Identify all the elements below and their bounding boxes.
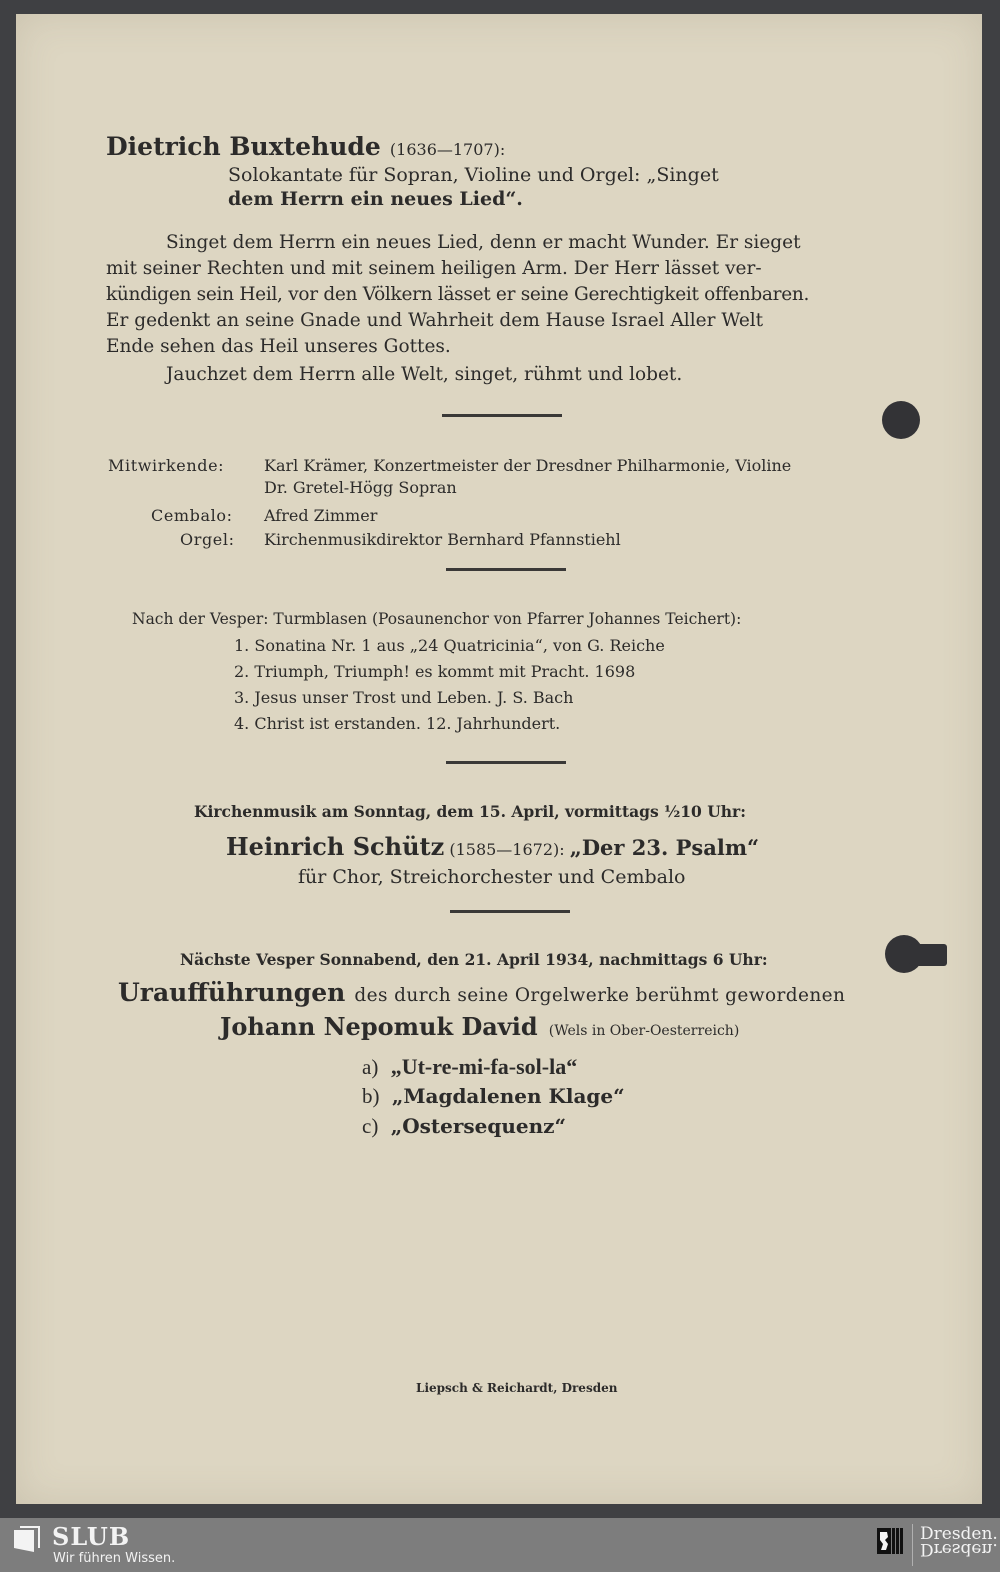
work-item: b) „Magdalenen Klage“ (362, 1084, 625, 1109)
city-name-mirror: Dresden. (920, 1542, 998, 1556)
next-vesper-heading: Nächste Vesper Sonnabend, den 21. April … (180, 950, 768, 969)
dresden-coat-of-arms-icon (877, 1528, 903, 1558)
divider (442, 414, 562, 417)
turmblasen-heading: Nach der Vesper: Turmblasen (Posaunencho… (132, 610, 741, 628)
work-letter: a) (362, 1055, 378, 1079)
scanned-page: Dietrich Buxtehude (1636—1707): Solokant… (16, 14, 982, 1504)
punch-hole (882, 401, 920, 439)
divider (450, 910, 570, 913)
buxtehude-heading: Dietrich Buxtehude (1636—1707): (106, 132, 505, 161)
text-line: kündigen sein Heil, vor den Völkern läss… (106, 284, 809, 305)
city-logo[interactable]: Dresden. Dresden. (920, 1526, 998, 1556)
composer-dates: (1636—1707): (390, 140, 505, 159)
library-name[interactable]: SLUB (52, 1522, 130, 1551)
mitwirkende-line2: Dr. Gretel-Högg Sopran (264, 478, 457, 497)
printer-imprint: Liepsch & Reichardt, Dresden (416, 1381, 617, 1395)
composer-origin: (Wels in Ober-Oesterreich) (549, 1023, 740, 1039)
label-orgel: Orgel: (180, 530, 235, 549)
text-line: mit seiner Rechten und mit seinem heilig… (106, 258, 762, 279)
work-title: „Ostersequenz“ (391, 1114, 566, 1138)
turmblasen-item: 2. Triumph, Triumph! es kommt mit Pracht… (234, 662, 635, 681)
composer-name: Heinrich Schütz (226, 832, 444, 861)
text-line-final: Jauchzet dem Herrn alle Welt, singet, rü… (166, 364, 682, 385)
work-item: c) „Ostersequenz“ (362, 1114, 566, 1139)
turmblasen-item: 3. Jesus unser Trost und Leben. J. S. Ba… (234, 688, 573, 707)
orgel-player: Kirchenmusikdirektor Bernhard Pfannstieh… (264, 530, 621, 549)
schuetz-line: Heinrich Schütz (1585—1672): „Der 23. Ps… (226, 832, 759, 861)
composer-name: Johann Nepomuk David (220, 1012, 538, 1041)
turmblasen-item: 4. Christ ist erstanden. 12. Jahrhundert… (234, 714, 560, 733)
label-mitwirkende: Mitwirkende: (108, 456, 224, 475)
work-title-line2: dem Herrn ein neues Lied“. (228, 188, 523, 210)
composer-dates: (1585—1672): (449, 840, 564, 859)
work-title: „Ut-re-mi-fa-sol-la“ (391, 1054, 578, 1079)
text-line: Ende sehen das Heil unseres Gottes. (106, 336, 451, 357)
work-title: „Magdalenen Klage“ (392, 1084, 625, 1108)
cembalo-player: Afred Zimmer (264, 506, 377, 525)
work-letter: b) (362, 1084, 380, 1108)
footer-separator (912, 1524, 913, 1566)
library-tagline: Wir führen Wissen. (53, 1551, 175, 1566)
work-title-line1: Solokantate für Sopran, Violine und Orge… (228, 164, 719, 186)
divider (446, 761, 566, 764)
kirchenmusik-heading: Kirchenmusik am Sonntag, dem 15. April, … (194, 802, 746, 821)
work-letter: c) (362, 1114, 378, 1138)
divider (446, 568, 566, 571)
punch-hole-tear (909, 944, 947, 966)
urauffuehrungen-text: des durch seine Orgelwerke berühmt gewor… (354, 985, 845, 1006)
footer-bar: SLUB Wir führen Wissen. Dresden. Dresden… (0, 1518, 1000, 1572)
urauffuehrungen-line: Uraufführungen des durch seine Orgelwerk… (118, 978, 845, 1007)
text-line: Singet dem Herrn ein neues Lied, denn er… (166, 232, 801, 253)
text-line: Er gedenkt an seine Gnade und Wahrheit d… (106, 310, 763, 331)
slub-book-icon (12, 1524, 42, 1552)
work-title: „Der 23. Psalm“ (570, 835, 759, 860)
urauffuehrungen-label: Uraufführungen (118, 978, 345, 1007)
turmblasen-item: 1. Sonatina Nr. 1 aus „24 Quatricinia“, … (234, 636, 665, 655)
scoring: für Chor, Streichorchester und Cembalo (298, 866, 686, 888)
label-cembalo: Cembalo: (151, 506, 233, 525)
work-item: a) „Ut-re-mi-fa-sol-la“ (362, 1054, 577, 1080)
mitwirkende-line1: Karl Krämer, Konzertmeister der Dresdner… (264, 456, 791, 475)
composer-name: Dietrich Buxtehude (106, 132, 381, 161)
david-line: Johann Nepomuk David (Wels in Ober-Oeste… (220, 1012, 739, 1041)
